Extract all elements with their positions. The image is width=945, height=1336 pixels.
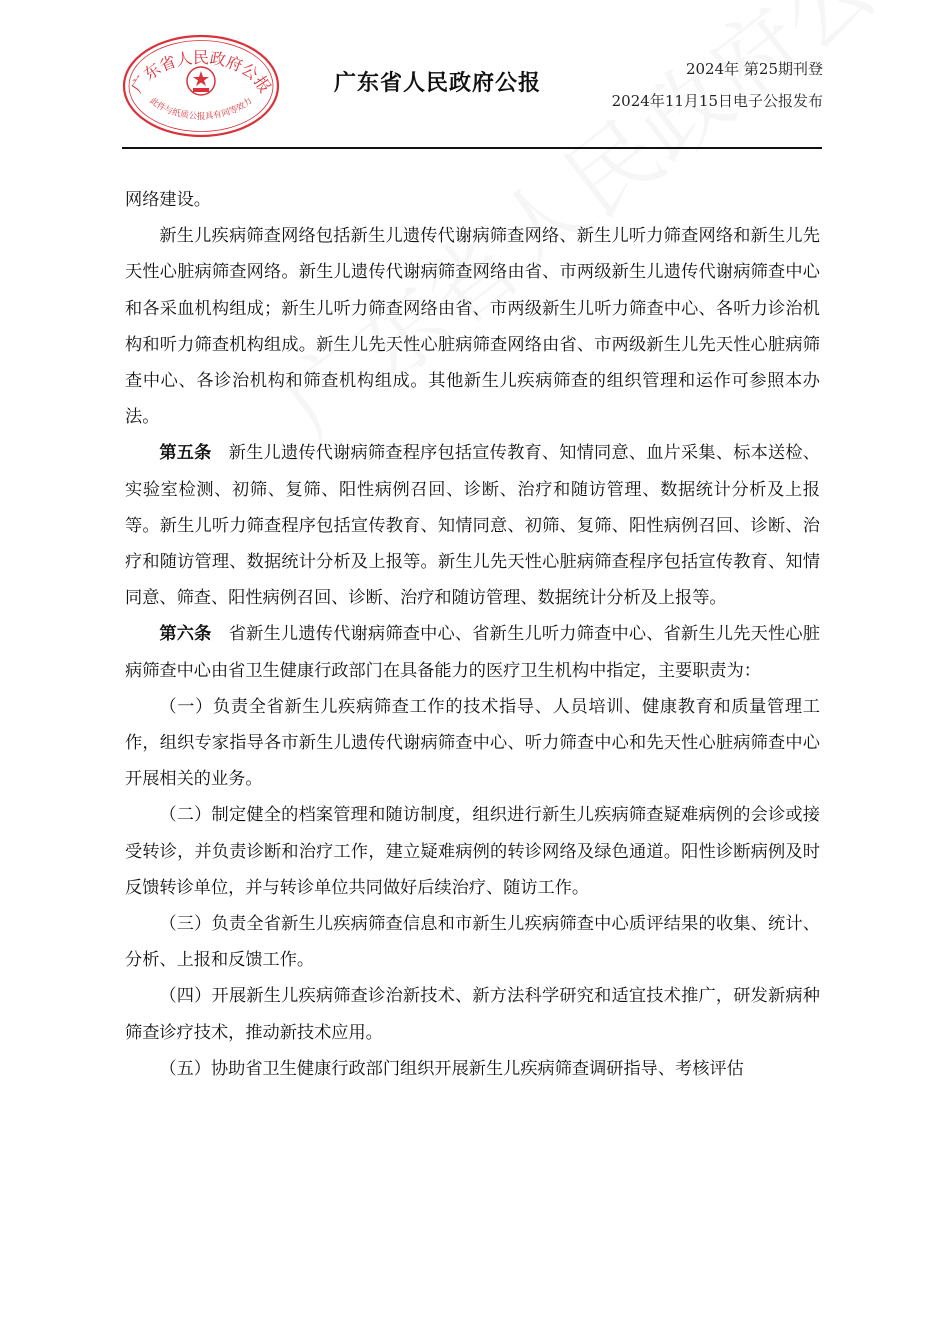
gazette-title: 广东省人民政府公报 <box>334 66 541 97</box>
paragraph-item-5: （五）协助省卫生健康行政部门组织开展新生儿疾病筛查调研指导、考核评估 <box>125 1051 820 1087</box>
paragraph-article-6: 第六条省新生儿遗传代谢病筛查中心、省新生儿听力筛查中心、省新生儿先天性心脏病筛查… <box>125 616 820 688</box>
publish-date: 2024年11月15日电子公报发布 <box>612 90 823 111</box>
article-number: 第六条 <box>159 624 211 644</box>
seal-icon: 广东省人民政府公报 此件与纸质公报具有同等效力 <box>122 34 280 138</box>
header-divider <box>122 147 822 149</box>
paragraph-item-1: （一）负责全省新生儿疾病筛查工作的技术指导、人员培训、健康教育和质量管理工作，组… <box>125 689 820 798</box>
article-number: 第五条 <box>159 443 211 463</box>
paragraph: 网络建设。 <box>125 182 820 218</box>
seal-bottom-text: 此件与纸质公报具有同等效力 <box>148 95 255 121</box>
issue-number: 2024年 第25期刊登 <box>686 58 823 79</box>
paragraph-item-2: （二）制定健全的档案管理和随访制度，组织进行新生儿疾病筛查疑难病例的会诊或接受转… <box>125 797 820 906</box>
paragraph-item-3: （三）负责全省新生儿疾病筛查信息和市新生儿疾病筛查中心质评结果的收集、统计、分析… <box>125 906 820 978</box>
official-seal: 广东省人民政府公报 此件与纸质公报具有同等效力 <box>122 34 280 138</box>
paragraph: 新生儿疾病筛查网络包括新生儿遗传代谢病筛查网络、新生儿听力筛查网络和新生儿先天性… <box>125 218 820 435</box>
paragraph-item-4: （四）开展新生儿疾病筛查诊治新技术、新方法科学研究和适宜技术推广，研发新病种筛查… <box>125 978 820 1050</box>
paragraph-article-5: 第五条新生儿遗传代谢病筛查程序包括宣传教育、知情同意、血片采集、标本送检、实验室… <box>125 435 820 616</box>
svg-text:此件与纸质公报具有同等效力: 此件与纸质公报具有同等效力 <box>148 95 255 121</box>
document-body: 网络建设。 新生儿疾病筛查网络包括新生儿遗传代谢病筛查网络、新生儿听力筛查网络和… <box>125 182 820 1087</box>
